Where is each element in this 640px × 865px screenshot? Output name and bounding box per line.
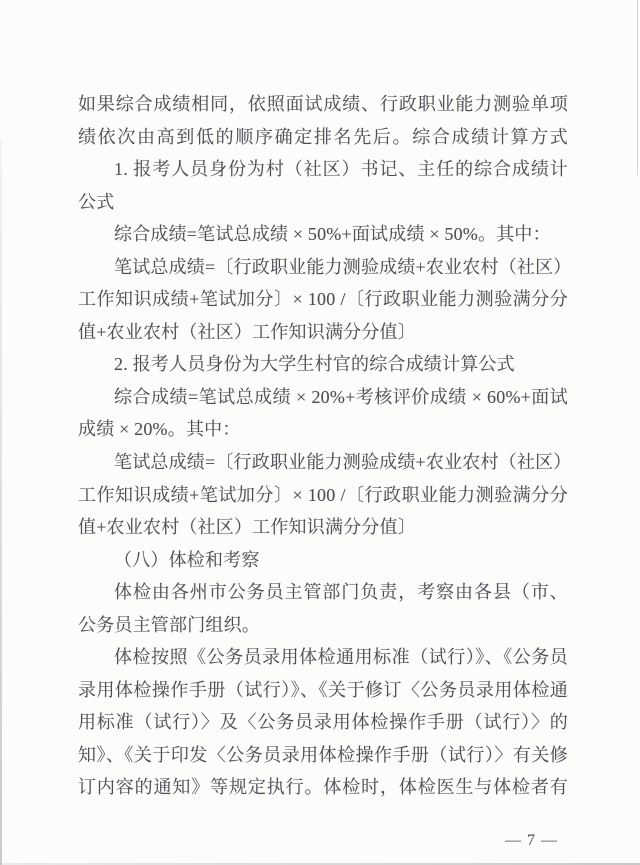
text-line: 绩依次由高到低的顺序确定排名先后。综合成绩计算方式为：: [78, 121, 568, 154]
document-body: 如果综合成绩相同，依照面试成绩、行政职业能力测验单项成绩依次由高到低的顺序确定排…: [78, 88, 568, 804]
text-line: 综合成绩=笔试总成绩 × 50%+面试成绩 × 50%。其中：: [78, 218, 568, 251]
text-line: 成绩 × 20%。其中：: [78, 413, 568, 446]
text-line: 值+农业农村（社区）工作知识满分分值〕: [78, 316, 568, 349]
page-number: — 7 —: [505, 830, 558, 852]
text-line: 知》、《关于印发〈公务员录用体检操作手册（试行）〉有关修: [78, 739, 568, 772]
text-line: 公式: [78, 186, 568, 219]
scan-edge-left: [0, 140, 2, 865]
scanned-page: 如果综合成绩相同，依照面试成绩、行政职业能力测验单项成绩依次由高到低的顺序确定排…: [0, 0, 640, 865]
text-line: 如果综合成绩相同，依照面试成绩、行政职业能力测验单项成: [78, 88, 568, 121]
text-line: 工作知识成绩+笔试加分〕× 100 /〔行政职业能力测验满分分: [78, 479, 568, 512]
text-line: 笔试总成绩=〔行政职业能力测验成绩+农业农村（社区）: [78, 251, 568, 284]
text-line: 2. 报考人员身份为大学生村官的综合成绩计算公式: [78, 348, 568, 381]
text-line: 综合成绩=笔试总成绩 × 20%+考核评价成绩 × 60%+面试: [78, 381, 568, 414]
text-line: 体检按照《公务员录用体检通用标准（试行）》、《公务员: [78, 641, 568, 674]
text-line: 工作知识成绩+笔试加分〕× 100 /〔行政职业能力测验满分分: [78, 283, 568, 316]
text-line: 订内容的通知》等规定执行。体检时，体检医生与体检者有回: [78, 771, 568, 804]
text-line: 录用体检操作手册（试行）》、《关于修订〈公务员录用体检通: [78, 674, 568, 707]
text-line: 体检由各州市公务员主管部门负责，考察由各县（市、区）: [78, 576, 568, 609]
scan-edge-right: [637, 0, 638, 175]
text-line: 公务员主管部门组织。: [78, 609, 568, 642]
text-line: 用标准（试行）〉及〈公务员录用体检操作手册（试行）〉的通: [78, 706, 568, 739]
text-line: 1. 报考人员身份为村（社区）书记、主任的综合成绩计算: [78, 153, 568, 186]
text-line: 笔试总成绩=〔行政职业能力测验成绩+农业农村（社区）: [78, 446, 568, 479]
text-line: 值+农业农村（社区）工作知识满分分值〕: [78, 511, 568, 544]
text-line: （八）体检和考察: [78, 544, 568, 577]
